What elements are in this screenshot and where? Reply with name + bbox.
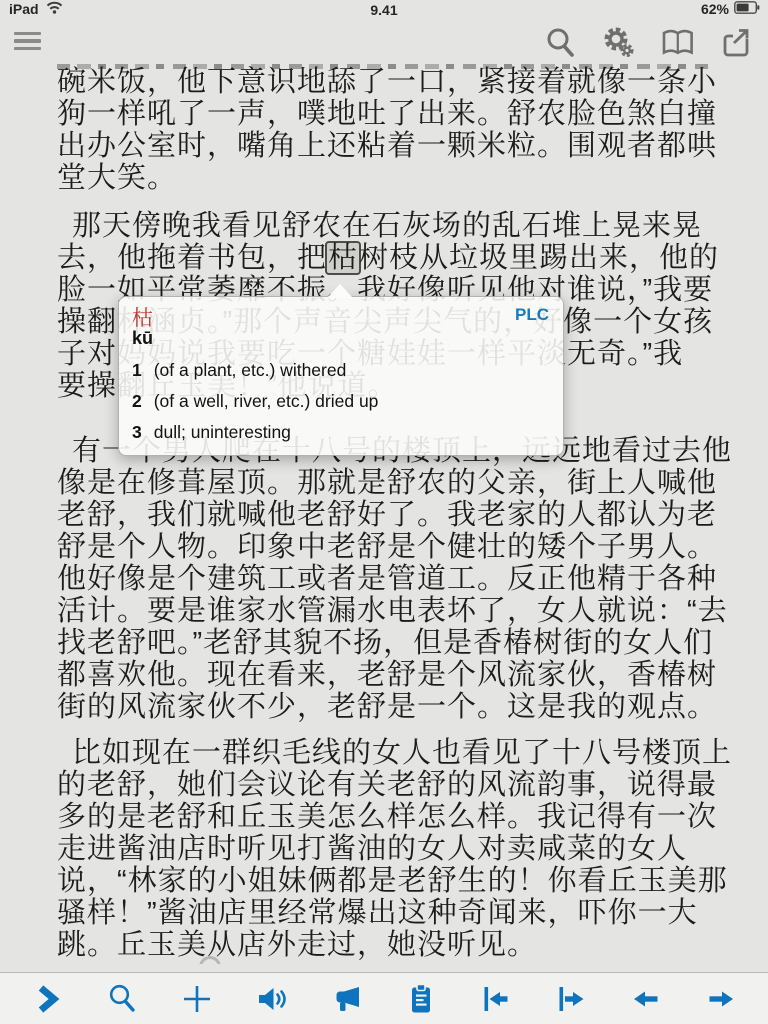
text-line: 骚样！”酱油店里经常爆出这种奇闻来，吓你一大 xyxy=(57,897,737,929)
text-line: 说，“林家的小姐妹俩都是老舒生的！你看丘玉美那 xyxy=(57,865,737,897)
search-icon[interactable] xyxy=(543,26,577,60)
speaker-icon[interactable] xyxy=(252,981,292,1017)
text-line: 碗米饭，他下意识地舔了一口，紧接着就像一条小 xyxy=(57,66,737,98)
text-line: 都喜欢他。现在看来，老舒是个风流家伙，香椿树 xyxy=(57,659,737,691)
text-line-with-selection: 去，他拖着书包，把枯树枝从垃圾里踢出来，他的 xyxy=(57,242,737,274)
battery-icon xyxy=(734,1,760,17)
text-line: 找老舒吧。”老舒其貌不扬，但是香椿树街的女人们 xyxy=(57,627,737,659)
definition-number: 1 xyxy=(132,360,142,380)
paragraph: 碗米饭，他下意识地舔了一口，紧接着就像一条小 狗一样吼了一声，噗地吐了出来。舒农… xyxy=(57,66,737,194)
reading-page[interactable]: 碗米饭，他下意识地舔了一口，紧接着就像一条小 狗一样吼了一声，噗地吐了出来。舒农… xyxy=(57,66,737,977)
text-line: 跳。丘玉美从店外走过，她没听见。 xyxy=(57,929,737,961)
settings-gears-icon[interactable] xyxy=(602,26,636,60)
text-line: 舒是个人物。印象中老舒是个健壮的矮个子男人。 xyxy=(57,531,737,563)
text-line: 狗一样吼了一声，噗地吐了出来。舒农脸色煞白撞 xyxy=(57,98,737,130)
text-line: 出办公室时，嘴角上还粘着一颗米粒。围观者都哄 xyxy=(57,130,737,162)
text-line: 多的是老舒和丘玉美怎么样怎么样。我记得有一次 xyxy=(57,801,737,833)
definition-text: (of a plant, etc.) withered xyxy=(154,360,347,380)
definition-item: 1(of a plant, etc.) withered xyxy=(132,355,553,386)
selected-word[interactable]: 枯 xyxy=(325,241,361,275)
top-toolbar xyxy=(0,21,768,63)
text-segment: 去，他拖着书包，把 xyxy=(57,242,327,274)
definition-item: 2(of a well, river, etc.) dried up xyxy=(132,386,553,417)
text-line: 街的风流家伙不少，老舒是一个。这是我的观点。 xyxy=(57,691,737,723)
text-line: 老舒，我们就喊他老舒好了。我老家的人都认为老 xyxy=(57,499,737,531)
text-line: 比如现在一群织毛线的女人也看见了十八号楼顶上 xyxy=(57,737,737,769)
previous-page-icon[interactable] xyxy=(626,981,666,1017)
jump-forward-icon[interactable] xyxy=(551,981,591,1017)
dictionary-popup[interactable]: 枯 PLC kū 1(of a plant, etc.) withered 2(… xyxy=(118,296,564,456)
text-line: 的老舒，她们会议论有关老舒的风流韵事，说得最 xyxy=(57,769,737,801)
expand-chevron-icon[interactable] xyxy=(27,981,67,1017)
menu-icon[interactable] xyxy=(14,32,41,50)
text-line: 活计。要是谁家水管漏水电表坏了，女人就说：“去 xyxy=(57,595,737,627)
text-segment: 树枝从垃圾里踢出来，他的 xyxy=(359,242,719,274)
library-book-icon[interactable] xyxy=(661,26,695,60)
popup-caret xyxy=(327,284,353,298)
bottom-toolbar xyxy=(0,972,768,1024)
jump-back-icon[interactable] xyxy=(476,981,516,1017)
dictionary-definitions: 1(of a plant, etc.) withered 2(of a well… xyxy=(132,355,553,448)
definition-number: 2 xyxy=(132,391,142,411)
definition-text: dull; uninteresting xyxy=(154,422,291,442)
clipped-next-line xyxy=(196,953,224,964)
megaphone-icon[interactable] xyxy=(327,981,367,1017)
definition-text: (of a well, river, etc.) dried up xyxy=(154,391,379,411)
paragraph: 有一个男人爬在十八号的楼顶上，远远地看过去他 像是在修葺屋顶。那就是舒农的父亲，… xyxy=(57,435,737,723)
text-line: 像是在修葺屋顶。那就是舒农的父亲，街上人喊他 xyxy=(57,467,737,499)
add-icon[interactable] xyxy=(177,981,217,1017)
status-bar: iPad 9.41 62% xyxy=(0,0,768,21)
text-line: 那天傍晚我看见舒农在石灰场的乱石堆上晃来晃 xyxy=(57,210,737,242)
paragraph: 比如现在一群织毛线的女人也看见了十八号楼顶上 的老舒，她们会议论有关老舒的风流韵… xyxy=(57,737,737,961)
definition-number: 3 xyxy=(132,422,142,442)
clock: 9.41 xyxy=(0,2,768,18)
text-line: 走进酱油店时听见打酱油的女人对卖咸菜的女人 xyxy=(57,833,737,865)
next-page-icon[interactable] xyxy=(701,981,741,1017)
dictionary-pinyin: kū xyxy=(132,328,153,349)
dictionary-source-badge: PLC xyxy=(515,305,549,325)
definition-item: 3dull; uninteresting xyxy=(132,417,553,448)
notes-clipboard-icon[interactable] xyxy=(401,981,441,1017)
battery-percent: 62% xyxy=(701,1,729,17)
text-line: 堂大笑。 xyxy=(57,162,737,194)
search-icon[interactable] xyxy=(102,981,142,1017)
reader-screen: iPad 9.41 62% xyxy=(0,0,768,1024)
text-line: 他好像是个建筑工或者是管道工。反正他精于各种 xyxy=(57,563,737,595)
share-icon[interactable] xyxy=(720,26,754,60)
